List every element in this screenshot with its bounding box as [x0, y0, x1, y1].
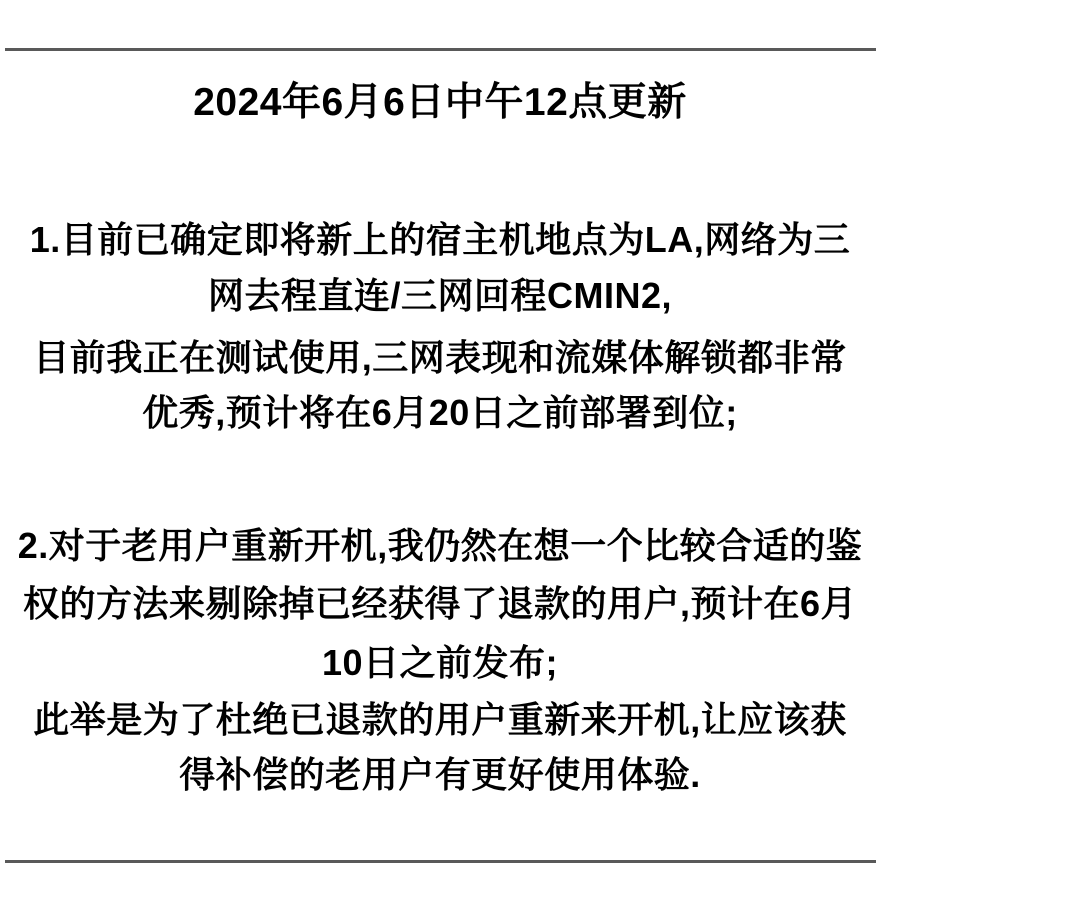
item-2-line-1: 2.对于老用户重新开机,我仍然在想一个比较合适的鉴: [2, 528, 878, 564]
bottom-divider: [5, 860, 876, 863]
item-1-line-4: 优秀,预计将在6月20日之前部署到位;: [2, 395, 878, 431]
item-1-line-3: 目前我正在测试使用,三网表现和流媒体解锁都非常: [2, 340, 878, 376]
item-2-line-3: 10日之前发布;: [2, 645, 878, 681]
item-1-line-2: 网去程直连/三网回程CMIN2,: [2, 278, 878, 314]
item-2-line-2: 权的方法来剔除掉已经获得了退款的用户,预计在6月: [2, 586, 878, 622]
top-divider: [5, 48, 876, 51]
announcement-page: 2024年6月6日中午12点更新 1.目前已确定即将新上的宿主机地点为LA,网络…: [0, 0, 1080, 908]
note-line-1: 此举是为了杜绝已退款的用户重新来开机,让应该获: [2, 702, 878, 738]
page-title: 2024年6月6日中午12点更新: [2, 83, 878, 122]
note-line-2: 得补偿的老用户有更好使用体验.: [2, 757, 878, 793]
item-1-line-1: 1.目前已确定即将新上的宿主机地点为LA,网络为三: [2, 222, 878, 258]
